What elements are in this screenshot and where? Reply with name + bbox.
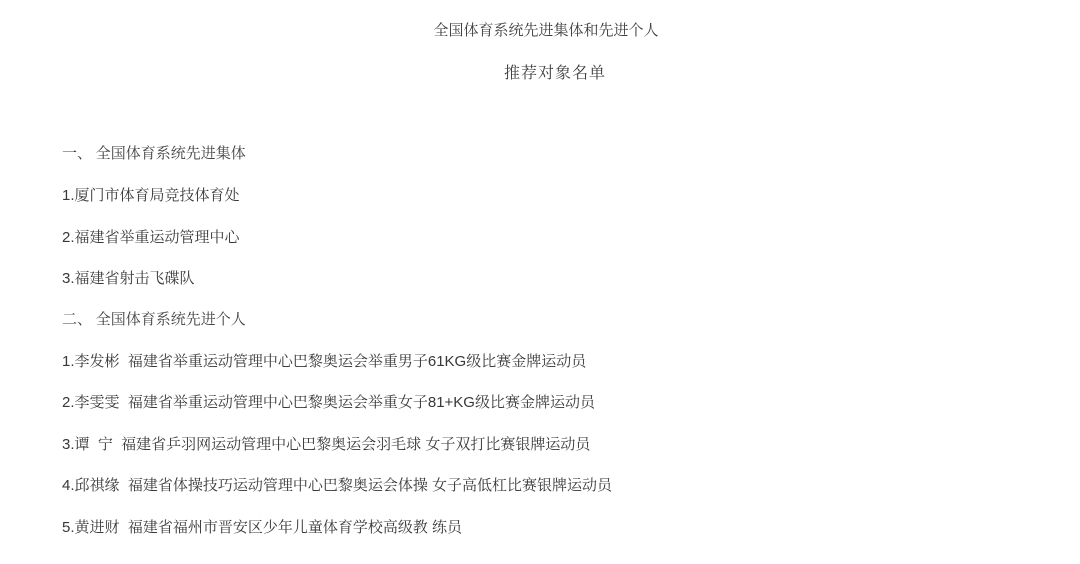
list-item-individual-5: 5.黄进财 福建省福州市晋安区少年儿童体育学校高级教 练员 (62, 519, 1080, 536)
document-body: 一、 全国体育系统先进集体 1.厦门市体育局竞技体育处 2.福建省举重运动管理中… (0, 146, 1080, 536)
list-item-individual-2: 2.李雯雯 福建省举重运动管理中心巴黎奥运会举重女子81+KG级比赛金牌运动员 (62, 394, 1080, 411)
list-item-collective-3: 3.福建省射击飞碟队 (62, 270, 1080, 287)
document-page: 全国体育系统先进集体和先进个人 推荐对象名单 一、 全国体育系统先进集体 1.厦… (0, 0, 1080, 536)
list-item-individual-3: 3.谭 宁 福建省乒羽网运动管理中心巴黎奥运会羽毛球 女子双打比赛银牌运动员 (62, 436, 1080, 453)
list-item-individual-4: 4.邱祺缘 福建省体操技巧运动管理中心巴黎奥运会体操 女子高低杠比赛银牌运动员 (62, 477, 1080, 494)
list-item-individual-1: 1.李发彬 福建省举重运动管理中心巴黎奥运会举重男子61KG级比赛金牌运动员 (62, 353, 1080, 370)
list-item-collective-1: 1.厦门市体育局竞技体育处 (62, 187, 1080, 204)
section-heading-advanced-collectives: 一、 全国体育系统先进集体 (62, 146, 1080, 163)
list-item-collective-2: 2.福建省举重运动管理中心 (62, 229, 1080, 246)
section-heading-advanced-individuals: 二、 全国体育系统先进个人 (62, 312, 1080, 329)
document-subtitle: 推荐对象名单 (0, 64, 1080, 83)
document-title: 全国体育系统先进集体和先进个人 (0, 22, 1080, 40)
